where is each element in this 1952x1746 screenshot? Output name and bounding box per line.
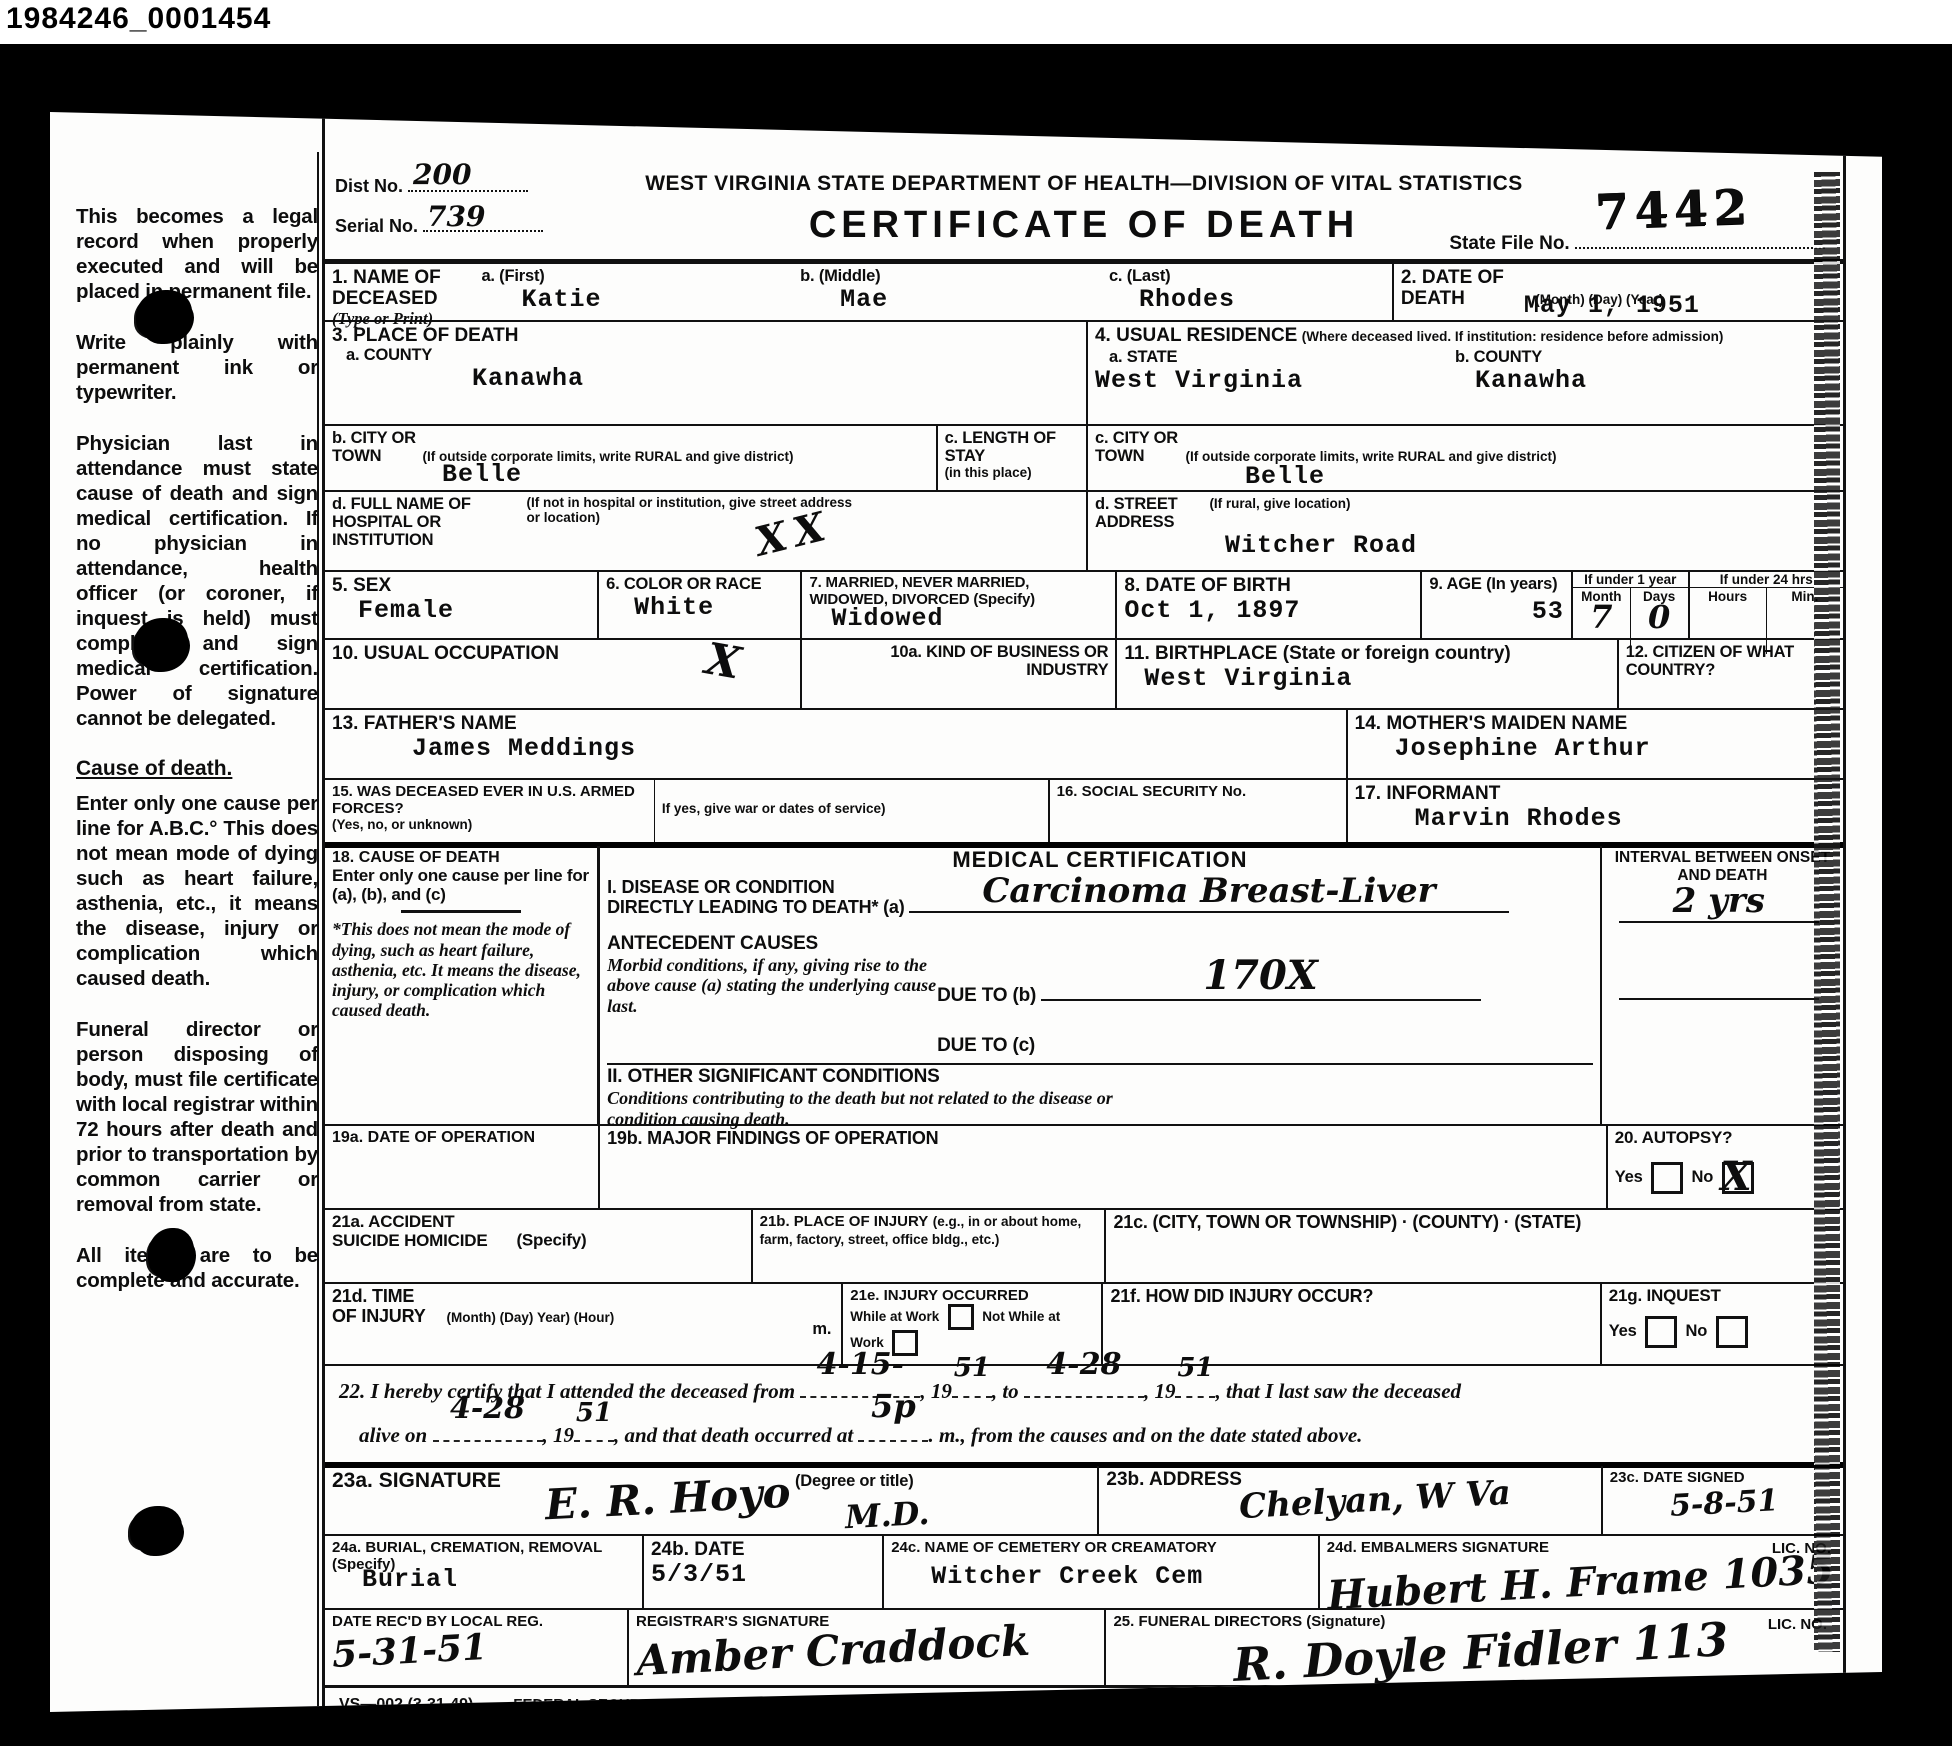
name-label: 1. NAME OF DECEASED: [332, 267, 467, 310]
district-number-value: 200: [413, 158, 471, 191]
district-number: Dist No. 200: [335, 176, 528, 197]
row-operation: 19a. DATE OF OPERATION 19b. MAJOR FINDIN…: [325, 1124, 1843, 1208]
row-certify: 22. I hereby certify that I attended the…: [325, 1364, 1843, 1462]
last-seen-alive-value: 4-28: [450, 1377, 525, 1440]
margin-paragraph: This becomes a legal record when properl…: [76, 204, 318, 304]
degree-value: M.D.: [844, 1494, 930, 1536]
row-informant: 15. WAS DECEASED EVER IN U.S. ARMED FORC…: [325, 778, 1843, 842]
date-of-death-value: May 1, 1951: [1524, 291, 1700, 320]
occupation-mark: X: [702, 633, 744, 689]
residence-state-value: West Virginia: [1095, 366, 1455, 395]
margin-paragraph: Enter only one cause per line for A.B.C.…: [76, 791, 318, 991]
informant-value: Marvin Rhodes: [1415, 804, 1836, 833]
inquest-yes-checkbox: [1645, 1316, 1677, 1348]
row-parents: 13. FATHER'S NAME James Meddings 14. MOT…: [325, 708, 1843, 778]
age-value: 53: [1429, 597, 1564, 626]
last-name-value: Rhodes: [1139, 285, 1385, 314]
physician-signature-value: E. R. Hoyo: [544, 1468, 792, 1530]
medical-certification-block: 18. CAUSE OF DEATH Enter only one cause …: [325, 842, 1843, 1124]
divider-rule: [401, 910, 521, 913]
date-signed-value: 5-8-51: [1669, 1483, 1779, 1524]
age-days-value: 0: [1631, 598, 1688, 636]
mother-name-value: Josephine Arthur: [1395, 734, 1836, 763]
agency-lines: FEDERAL SECURITY AGENCY PUBLIC HEALTH SE…: [513, 1696, 731, 1734]
autopsy-yes-checkbox: [1651, 1162, 1683, 1194]
medical-certification-title: MEDICAL CERTIFICATION: [607, 846, 1593, 873]
state-file-number-stamp: 7442: [1594, 179, 1753, 240]
row-city: b. CITY OR TOWN (If outside corporate li…: [325, 424, 1843, 490]
place-city-value: Belle: [442, 460, 929, 489]
due-to-b-value: 170X: [1203, 952, 1318, 999]
date-of-death-label: 2. DATE OF DEATH: [1401, 267, 1531, 310]
row-vitals: 5. SEX Female 6. COLOR OR RACE White 7. …: [325, 570, 1843, 638]
father-name-value: James Meddings: [412, 734, 1339, 763]
interval-label: Interval Between Onset and Death: [1609, 849, 1836, 885]
certificate-form: Dist No. 200 Serial No. 739 WEST VIRGINI…: [322, 112, 1846, 1734]
place-of-death-label: 3. PLACE OF DEATH: [332, 325, 1079, 346]
first-name-value: Katie: [521, 285, 786, 314]
row-burial: 24a. BURIAL, CREMATION, REMOVAL (Specify…: [325, 1534, 1843, 1608]
date-of-birth-value: Oct 1, 1897: [1124, 596, 1413, 625]
margin-paragraph: Funeral director or person disposing of …: [76, 1017, 318, 1217]
race-value: White: [634, 593, 793, 622]
row-injury-place: 21a. ACCIDENT SUICIDE HOMICIDE (Specify)…: [325, 1208, 1843, 1282]
row-occupation: 10. USUAL OCCUPATION X 10a. KIND OF BUSI…: [325, 638, 1843, 708]
residence-city-value: Belle: [1245, 462, 1836, 491]
margin-paragraph: Physician last in attendance must state …: [76, 431, 318, 731]
cemetery-value: Witcher Creek Cem: [931, 1562, 1311, 1591]
margin-heading: Cause of death.: [76, 757, 318, 781]
margin-instructions: This becomes a legal record when properl…: [76, 204, 318, 1319]
sex-value: Female: [358, 596, 590, 625]
row-hospital-street: d. FULL NAME OF HOSPITAL OR INSTITUTION …: [325, 490, 1843, 570]
injury-while-work-checkbox: [948, 1304, 974, 1330]
margin-paragraph: All items are to be complete and accurat…: [76, 1243, 318, 1293]
serial-number-value: 739: [427, 200, 485, 233]
death-hour-value: 5p: [871, 1373, 916, 1440]
row-place-residence: 3. PLACE OF DEATH a. COUNTY Kanawha 4. U…: [325, 320, 1843, 424]
form-header: Dist No. 200 Serial No. 739 WEST VIRGINI…: [325, 112, 1843, 262]
margin-paragraph: Write plainly with permanent ink or type…: [76, 330, 318, 405]
cause-of-death-value: Carcinoma Breast-Liver: [982, 871, 1435, 911]
middle-name-value: Mae: [840, 285, 1095, 314]
scanned-death-certificate: 1984246_0001454 This becomes a legal rec…: [0, 0, 1952, 1746]
state-file-label: State File No.: [1449, 233, 1825, 255]
form-footer: VS—002 (3-31-49) FEDERAL SECURITY AGENCY…: [325, 1688, 1843, 1734]
place-county-value: Kanawha: [472, 364, 1079, 393]
usual-residence-label: 4. USUAL RESIDENCE: [1095, 325, 1297, 346]
autopsy-no-checkbox: X: [1722, 1162, 1754, 1194]
autopsy-no-mark: X: [1721, 1153, 1752, 1200]
residence-county-value: Kanawha: [1475, 366, 1587, 395]
row-registrar: DATE REC'D BY LOCAL REG. 5-31-51 REGISTR…: [325, 1608, 1843, 1688]
row-physician-signature: 23a. SIGNATURE E. R. Hoyo (Degree or tit…: [325, 1462, 1843, 1534]
birthplace-value: West Virginia: [1144, 664, 1609, 693]
marital-value: Widowed: [831, 604, 1108, 633]
scan-header-strip: 1984246_0001454: [0, 0, 1952, 44]
burial-date-value: 5/3/51: [651, 1560, 875, 1589]
interval-value: 2 yrs: [1673, 881, 1765, 921]
inquest-no-checkbox: [1716, 1316, 1748, 1348]
scan-id-label: 1984246_0001454: [6, 2, 271, 36]
certificate-page: This becomes a legal record when properl…: [50, 112, 1882, 1712]
date-received-value: 5-31-51: [331, 1626, 488, 1676]
torn-edge-artifact: [1814, 172, 1840, 1652]
street-address-value: Witcher Road: [1225, 531, 1836, 560]
ink-blob: [130, 1506, 182, 1552]
serial-number: Serial No. 739: [335, 216, 543, 237]
row-name: 1. NAME OF DECEASED (Type or Print) a. (…: [325, 262, 1843, 320]
physician-address-value: Chelyan, W Va: [1239, 1473, 1513, 1527]
form-number: VS—002 (3-31-49): [339, 1696, 473, 1714]
burial-type-value: Burial: [362, 1565, 635, 1594]
attended-to-value: 4-28: [1046, 1333, 1121, 1396]
